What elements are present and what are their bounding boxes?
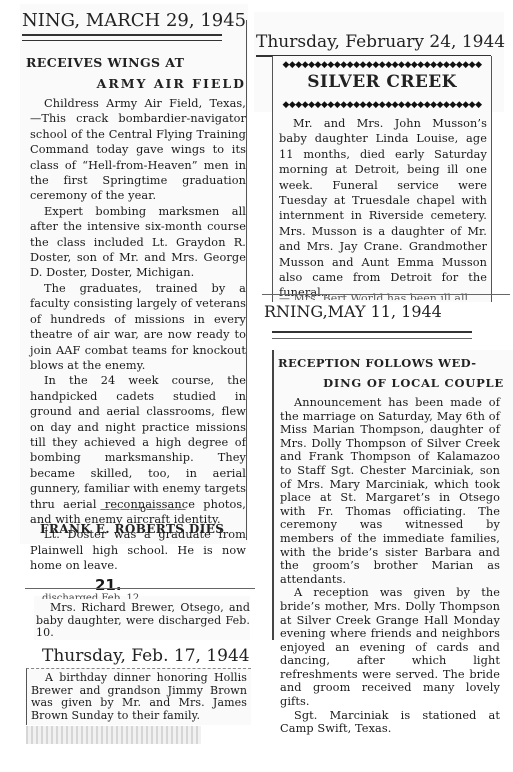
- dateline: RNING,MAY 11, 1944: [264, 302, 442, 321]
- article-body: Childress Army Air Field, Texas, —This c…: [30, 96, 246, 574]
- rule: [22, 40, 222, 41]
- rule: [22, 34, 222, 36]
- clip-edge: [262, 294, 510, 295]
- headline: RECEIVES WINGS AT: [26, 55, 184, 70]
- diamond-rule: ◆◆◆◆◆◆◆◆◆◆◆◆◆◆◆◆◆◆◆◆◆◆◆◆◆◆◆◆◆◆◆: [273, 100, 491, 110]
- headline: DING OF LOCAL COUPLE: [323, 376, 504, 390]
- headline: RECEPTION FOLLOWS WED-: [278, 356, 476, 370]
- divider: ————o————: [100, 504, 186, 515]
- dateline: Thursday, February 24, 1944: [256, 32, 505, 52]
- article-body: Mr. and Mrs. John Musson’s baby daughter…: [279, 116, 487, 301]
- paragraph: A reception was given by the bride’s mot…: [280, 586, 500, 708]
- clip-edge: [246, 20, 247, 540]
- cutoff-line: discharged Feb. 12.: [42, 593, 142, 599]
- paragraph: The graduates, trained by a faculty cons…: [30, 281, 246, 373]
- paragraph: Expert bombing marksmen all after the in…: [30, 204, 246, 281]
- paragraph: Mrs. Richard Brewer, Otsego, and baby da…: [36, 602, 250, 640]
- paragraph: A birthday dinner honoring Hollis Brewer…: [31, 672, 247, 722]
- paragraph: Announcement has been made of the marria…: [280, 396, 500, 586]
- paragraph: Sgt. Marciniak is stationed at Camp Swif…: [280, 709, 500, 736]
- clipping-receives-wings: NING, MARCH 29, 1945 RECEIVES WINGS AT A…: [20, 4, 248, 544]
- next-headline: FRANK E. ROBERTS DIES: [40, 522, 224, 536]
- rule: [272, 338, 472, 339]
- clipping-brewer: discharged Feb. 12. Mrs. Richard Brewer,…: [34, 596, 250, 640]
- handwritten-note: 21.: [95, 576, 122, 594]
- article-body: Announcement has been made of the marria…: [280, 396, 500, 736]
- clipping-birthday: A birthday dinner honoring Hollis Brewer…: [26, 668, 251, 725]
- paragraph: Childress Army Air Field, Texas, —This c…: [30, 96, 246, 204]
- torn-edge: [26, 726, 201, 744]
- dateline: Thursday, Feb. 17, 1944: [42, 646, 250, 666]
- clipping-wedding: RECEPTION FOLLOWS WED- DING OF LOCAL COU…: [272, 350, 513, 640]
- clip-edge: [25, 588, 255, 589]
- paragraph: Mr. and Mrs. John Musson’s baby daughter…: [279, 116, 487, 301]
- section-headline: SILVER CREEK: [273, 72, 491, 92]
- silver-creek-box: ◆◆◆◆◆◆◆◆◆◆◆◆◆◆◆◆◆◆◆◆◆◆◆◆◆◆◆◆◆◆◆ SILVER C…: [272, 56, 492, 302]
- diamond-rule: ◆◆◆◆◆◆◆◆◆◆◆◆◆◆◆◆◆◆◆◆◆◆◆◆◆◆◆◆◆◆◆: [273, 60, 491, 70]
- rule: [272, 331, 472, 333]
- headline: ARMY AIR FIELD: [97, 76, 246, 91]
- dateline: NING, MARCH 29, 1945: [22, 10, 246, 31]
